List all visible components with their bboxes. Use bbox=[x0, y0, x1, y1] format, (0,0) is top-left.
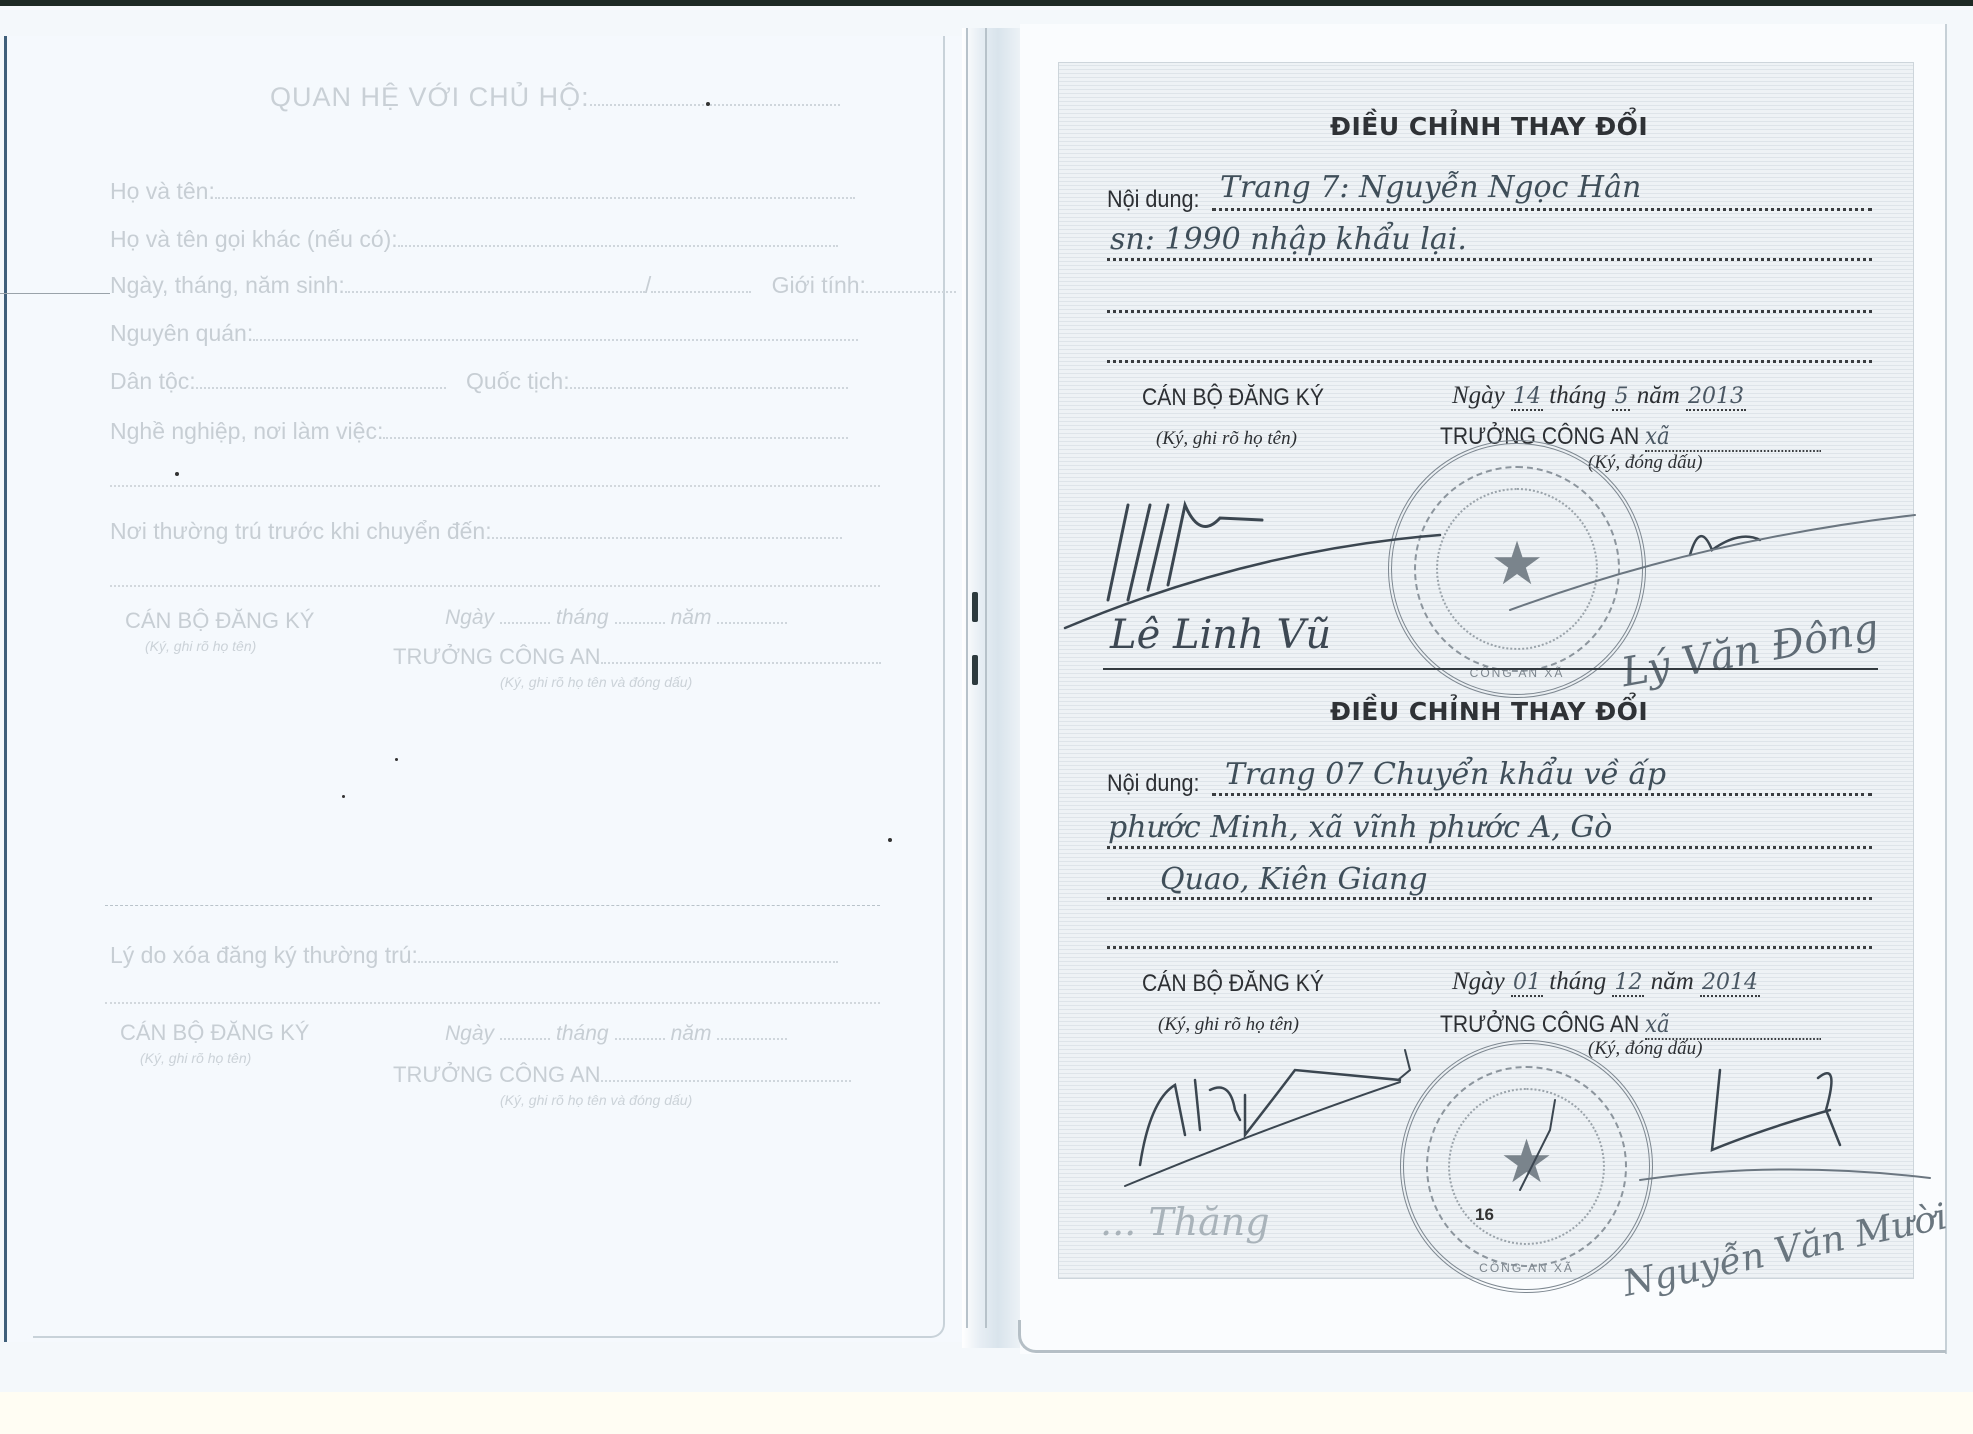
date-day-2: 01 bbox=[1511, 970, 1543, 997]
date-1: Ngày 14 tháng 5 năm 2013 bbox=[1452, 382, 1746, 410]
section-divider bbox=[1103, 668, 1878, 670]
left-chief-note-1: (Ký, ghi rõ họ tên và đóng dấu) bbox=[500, 674, 692, 690]
content-label-2: Nội dung: bbox=[1107, 770, 1199, 798]
date-year-1: 2013 bbox=[1686, 384, 1746, 411]
left-chief-title-2: TRƯỞNG CÔNG AN bbox=[393, 1062, 851, 1088]
officer-title-1: CÁN BỘ ĐĂNG KÝ bbox=[1142, 384, 1324, 412]
staple-icon bbox=[972, 592, 978, 622]
star-emblem-icon: ★ bbox=[1490, 529, 1544, 599]
chief-title-2: TRƯỞNG CÔNG AN xã bbox=[1440, 1010, 1821, 1040]
page-number: 16 bbox=[1475, 1205, 1494, 1225]
relation-to-head-title: QUAN HỆ VỚI CHỦ HỘ: bbox=[270, 82, 840, 113]
content-line-2-2: phước Minh, xã vĩnh phước A, Gò bbox=[1108, 810, 1612, 845]
date-day-1: 14 bbox=[1511, 384, 1543, 411]
right-page-frame bbox=[1018, 1320, 1946, 1353]
content-line-2-3: Quao, Kiên Giang bbox=[1160, 862, 1428, 897]
field-previous-residence: Nơi thường trú trước khi chuyển đến: bbox=[110, 518, 842, 545]
book-spine bbox=[962, 28, 1022, 1348]
scanner-top-edge bbox=[0, 0, 1973, 6]
star-emblem-icon: ★ bbox=[1500, 1127, 1554, 1197]
left-date-2: Ngàythángnăm bbox=[445, 1022, 787, 1046]
date-month-1: 5 bbox=[1612, 384, 1630, 411]
left-chief-title-1: TRƯỞNG CÔNG AN bbox=[393, 644, 881, 670]
police-seal-stamp-2: ★ CÔNG AN XÃ bbox=[1400, 1040, 1653, 1293]
left-officer-note-1: (Ký, ghi rõ họ tên) bbox=[145, 638, 256, 654]
officer-signature-name-2: ... Thăng bbox=[1100, 1200, 1270, 1244]
content-label-1: Nội dung: bbox=[1107, 186, 1199, 214]
chief-note-1: (Ký, đóng dấu) bbox=[1588, 452, 1703, 474]
field-other-name: Họ và tên gọi khác (nếu có): bbox=[110, 226, 838, 253]
police-seal-stamp-1: ★ CÔNG AN XÃ bbox=[1388, 440, 1646, 698]
adjustment-title-1: ĐIỀU CHỈNH THAY ĐỔI bbox=[1330, 112, 1648, 141]
content-line-1-1: Trang 7: Nguyễn Ngọc Hân bbox=[1220, 170, 1641, 205]
content-line-2-1: Trang 07 Chuyển khẩu về ấp bbox=[1225, 757, 1666, 792]
left-officer-note-2: (Ký, ghi rõ họ tên) bbox=[140, 1050, 251, 1066]
adjustment-title-2: ĐIỀU CHỈNH THAY ĐỔI bbox=[1330, 697, 1648, 726]
left-officer-title-1: CÁN BỘ ĐĂNG KÝ bbox=[125, 608, 314, 634]
staple-icon bbox=[972, 655, 978, 685]
left-officer-title-2: CÁN BỘ ĐĂNG KÝ bbox=[120, 1020, 309, 1046]
left-date-1: Ngàythángnăm bbox=[445, 606, 787, 630]
date-month-2: 12 bbox=[1612, 970, 1644, 997]
field-origin: Nguyên quán: bbox=[110, 320, 858, 347]
chief-note-2: (Ký, đóng dấu) bbox=[1588, 1038, 1703, 1060]
officer-signature-name-1: Lê Linh Vũ bbox=[1110, 612, 1331, 658]
field-occupation: Nghề nghiệp, nơi làm việc: bbox=[110, 418, 848, 445]
left-chief-note-2: (Ký, ghi rõ họ tên và đóng dấu) bbox=[500, 1092, 692, 1108]
officer-title-2: CÁN BỘ ĐĂNG KÝ bbox=[1142, 970, 1324, 998]
field-full-name: Họ và tên: bbox=[110, 178, 855, 205]
officer-note-1: (Ký, ghi rõ họ tên) bbox=[1156, 428, 1297, 450]
field-ethnicity: Dân tộc: Quốc tịch: bbox=[110, 368, 848, 395]
date-2: Ngày 01 tháng 12 năm 2014 bbox=[1452, 968, 1760, 996]
content-line-1-2: sn: 1990 nhập khẩu lại. bbox=[1110, 222, 1467, 257]
field-deletion-reason: Lý do xóa đăng ký thường trú: bbox=[110, 942, 838, 969]
officer-note-2: (Ký, ghi rõ họ tên) bbox=[1158, 1014, 1299, 1036]
scanner-bottom-edge bbox=[0, 1392, 1973, 1434]
date-year-2: 2014 bbox=[1700, 970, 1760, 997]
field-dob: Ngày, tháng, năm sinh:/ Giới tính: bbox=[110, 272, 956, 299]
